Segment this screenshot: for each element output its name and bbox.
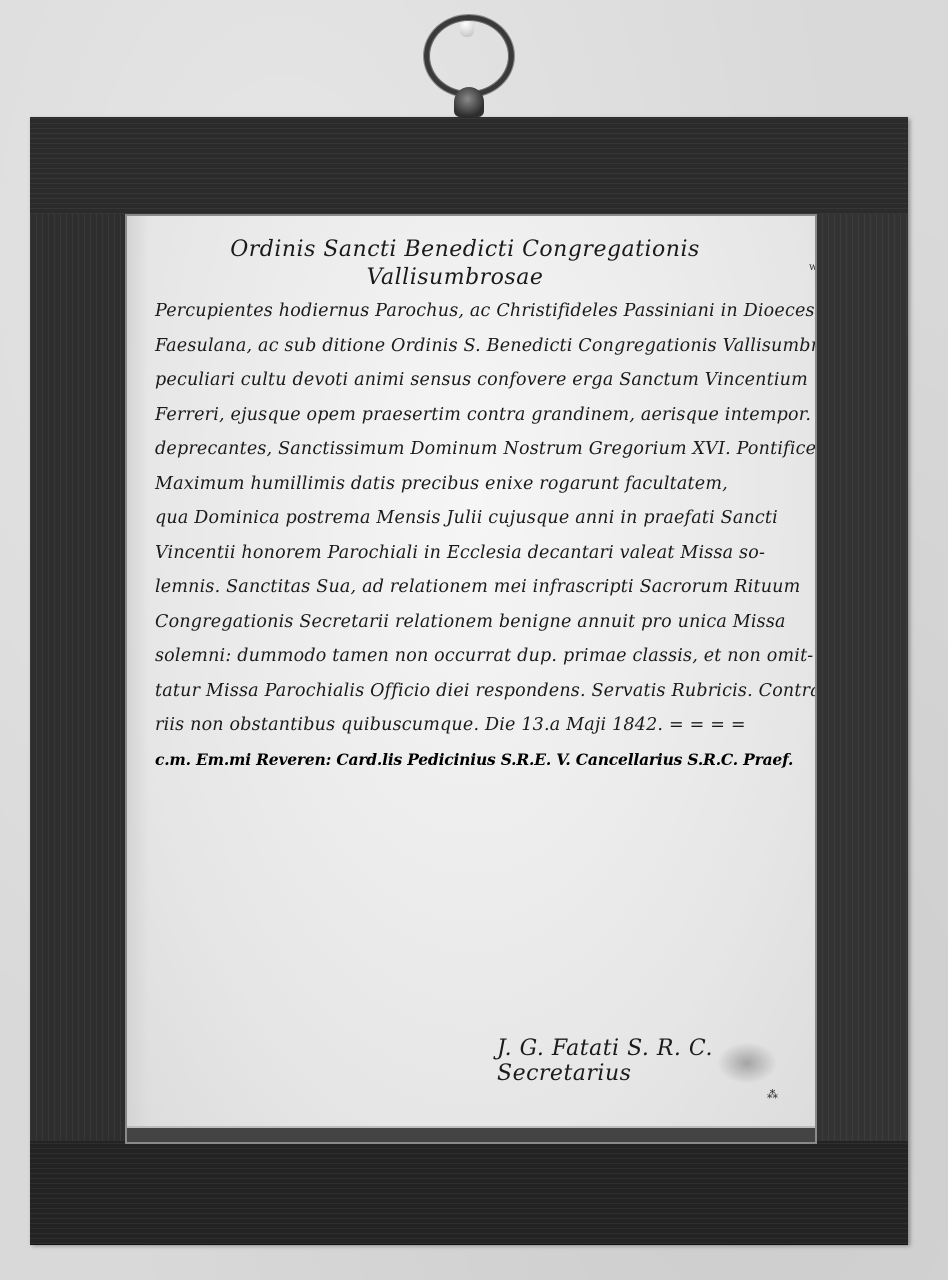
frame-bottom-rail [30, 1141, 908, 1244]
ring-mount [454, 87, 484, 117]
body-line: Maximum humillimis datis precibus enixe … [155, 467, 815, 502]
body-line: deprecantes, Sanctissimum Dominum Nostru… [155, 432, 815, 467]
heading-line-1: Ordinis Sancti Benedicti Congregationis [125, 236, 815, 264]
body-line: Congregationis Secretarii relationem ben… [155, 605, 815, 640]
frame-right-rail [816, 117, 908, 1244]
seal-mark-icon: ⁂ [767, 1088, 778, 1101]
body-line: lemnis. Sanctitas Sua, ad relationem mei… [155, 570, 815, 605]
body-line: Faesulana, ac sub ditione Ordinis S. Ben… [155, 329, 815, 364]
heading-line-2: Vallisumbrosae [125, 264, 815, 292]
body-line: peculiari cultu devoti animi sensus conf… [155, 363, 815, 398]
body-line-date: riis non obstantibus quibuscumque. Die 1… [155, 708, 815, 743]
body-line: Vincentii honorem Parochiali in Ecclesia… [155, 536, 815, 571]
paper-bottom-edge [127, 1126, 815, 1142]
document-text: Ordinis Sancti Benedicti Congregationis … [155, 236, 815, 777]
paper-shadow [127, 216, 149, 1142]
frame-left-rail [30, 117, 125, 1244]
hanging-ring-icon [424, 15, 514, 97]
document-paper: w Ordinis Sancti Benedicti Congregationi… [125, 214, 817, 1144]
body-line: solemni: dummodo tamen non occurrat dup.… [155, 639, 815, 674]
body-line: Percupientes hodiernus Parochus, ac Chri… [155, 294, 815, 329]
body-line: qua Dominica postrema Mensis Julii cujus… [155, 501, 815, 536]
body-line: Ferreri, ejusque opem praesertim contra … [155, 398, 815, 433]
frame-top-rail [30, 117, 908, 214]
body-line: tatur Missa Parochialis Officio diei res… [155, 674, 815, 709]
secretary-signature: J. G. Fatati S. R. C. Secretarius [497, 1036, 815, 1086]
attestation-line: c.m. Em.mi Reveren: Card.lis Pedicinius … [155, 743, 815, 778]
